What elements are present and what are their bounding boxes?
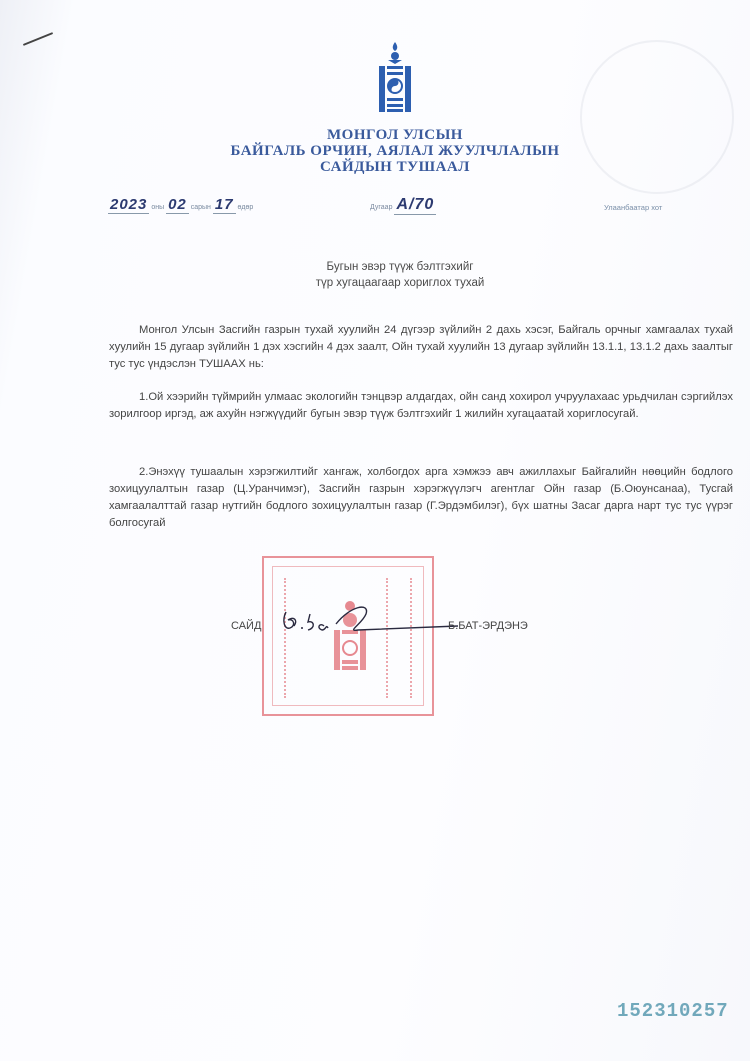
signatory-title: САЙД bbox=[231, 620, 261, 632]
document-title: Бугын эвэр түүж бэлтгэхийг түр хугацаага… bbox=[200, 259, 600, 291]
date-month: 02 bbox=[166, 196, 189, 214]
order-number: А/70 bbox=[394, 196, 436, 215]
date-field: 2023 оны 02 сарын 17 өдөр bbox=[108, 196, 253, 216]
date-day-suffix: өдөр bbox=[238, 204, 254, 211]
date-day: 17 bbox=[213, 196, 236, 214]
title-line-1: Бугын эвэр түүж бэлтгэхийг bbox=[200, 259, 600, 275]
date-month-suffix: сарын bbox=[191, 204, 211, 211]
title-line-2: түр хугацаагаар хориглох тухай bbox=[200, 275, 600, 291]
signatory-name: Б.БАТ-ЭРДЭНЭ bbox=[448, 620, 528, 632]
handwritten-signature bbox=[280, 600, 460, 640]
date-year: 2023 bbox=[108, 196, 149, 214]
serial-number: 152310257 bbox=[617, 1000, 729, 1022]
header-line-3: САЙДЫН ТУШААЛ bbox=[200, 159, 590, 175]
order-item-2: 2.Энэхүү тушаалын хэрэгжилтийг хангаж, х… bbox=[109, 464, 733, 532]
date-year-suffix: оны bbox=[151, 204, 164, 211]
ministry-header: МОНГОЛ УЛСЫН БАЙГАЛЬ ОРЧИН, АЯЛАЛ ЖУУЛЧЛ… bbox=[200, 127, 590, 175]
order-number-label: Дугаар bbox=[370, 204, 392, 211]
order-item-1: 1.Ой хээрийн түймрийн улмаас экологийн т… bbox=[109, 389, 733, 423]
order-number-field: Дугаар А/70 bbox=[370, 196, 436, 216]
header-line-1: МОНГОЛ УЛСЫН bbox=[200, 127, 590, 143]
header-line-2: БАЙГАЛЬ ОРЧИН, АЯЛАЛ ЖУУЛЧЛАЛЫН bbox=[200, 143, 590, 159]
preamble-paragraph: Монгол Улсын Засгийн газрын тухай хуулий… bbox=[109, 322, 733, 373]
city-label: Улаанбаатар хот bbox=[604, 203, 662, 212]
bleed-through-seal bbox=[580, 40, 734, 194]
soyombo-emblem-icon bbox=[377, 42, 413, 122]
